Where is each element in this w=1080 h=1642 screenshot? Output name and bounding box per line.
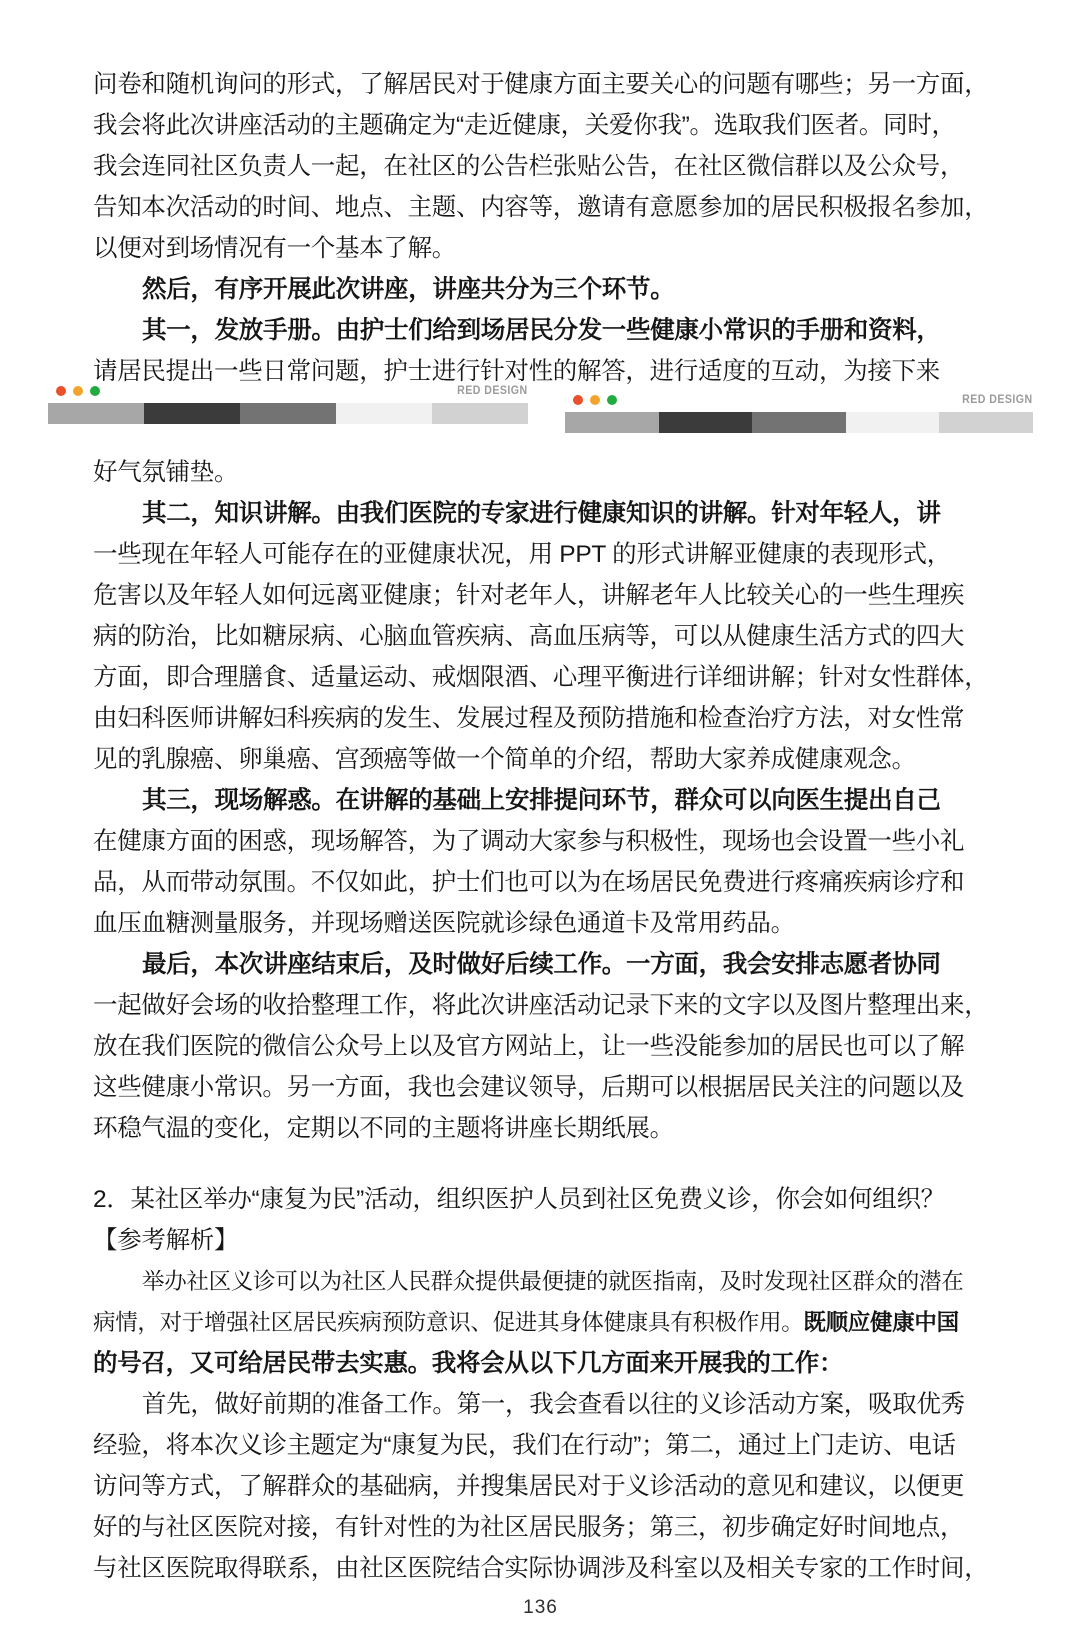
document-line: 其三，现场解惑。在讲解的基础上安排提问环节，群众可以向医生提出自己 xyxy=(93,780,988,821)
text-segment: 请居民提出一些日常问题，护士进行针对性的解答，进行适度的互动，为接下来 xyxy=(93,358,940,385)
color-bar xyxy=(565,412,1033,433)
document-line: 然后，有序开展此次讲座，讲座共分为三个环节。 xyxy=(93,269,988,310)
text-segment: 然后，有序开展此次讲座，讲座共分为三个环节。 xyxy=(142,276,674,303)
text-segment: 以便对到场情况有一个基本了解。 xyxy=(93,235,456,262)
text-segment: 其二，知识讲解。由我们医院的专家进行健康知识的讲解。针对年轻人，讲 xyxy=(142,500,941,527)
text-segment: 由妇科医师讲解妇科疾病的发生、发展过程及预防措施和检查治疗方法，对女性常 xyxy=(93,705,964,732)
color-bar-segment xyxy=(240,403,336,424)
document-line: 我会将此次讲座活动的主题确定为“走近健康，关爱你我”。选取我们医者。同时， xyxy=(93,105,988,146)
text-segment: 一起做好会场的收拾整理工作，将此次讲座活动记录下来的文字以及图片整理出来， xyxy=(93,992,988,1019)
text-segment: 品，从而带动氛围。不仅如此，护士们也可以为在场居民免费进行疼痛疾病诊疗和 xyxy=(93,869,964,896)
page-header-right: RED DESIGN xyxy=(565,393,1033,433)
document-line: 病的防治，比如糖尿病、心脑血管疾病、高血压病等，可以从健康生活方式的四大 xyxy=(93,616,988,657)
text-segment: 最后，本次讲座结束后，及时做好后续工作。一方面，我会安排志愿者协同 xyxy=(142,951,941,978)
document-line: 与社区医院取得联系，由社区医院结合实际协调涉及科室以及相关专家的工作时间， xyxy=(93,1548,988,1589)
text-segment: 的号召，又可给居民带去实惠。我将会从以下几方面来开展我的工作： xyxy=(93,1350,843,1377)
brand-label: RED DESIGN xyxy=(963,394,1033,406)
text-segment: 病的防治，比如糖尿病、心脑血管疾病、高血压病等，可以从健康生活方式的四大 xyxy=(93,623,964,650)
text-segment: 方面，即合理膳食、适量运动、戒烟限酒、心理平衡进行详细讲解；针对女性群体， xyxy=(93,664,988,691)
text-segment: 好的与社区医院对接，有针对性的为社区居民服务；第三，初步确定好时间地点， xyxy=(93,1514,964,1541)
document-line: 好气氛铺垫。 xyxy=(93,452,988,493)
text-segment: 危害以及年轻人如何远离亚健康；针对老年人，讲解老年人比较关心的一些生理疾 xyxy=(93,582,964,609)
traffic-light-dot-icon xyxy=(90,386,100,396)
text-segment: 访问等方式，了解群众的基础病，并搜集居民对于义诊活动的意见和建议，以便更 xyxy=(93,1473,964,1500)
header-top-row: RED DESIGN xyxy=(48,384,528,398)
color-bar-segment xyxy=(939,412,1033,433)
document-line: 2．某社区举办“康复为民”活动，组织医护人员到社区免费义诊，你会如何组织？ xyxy=(93,1179,988,1220)
document-line: 我会连同社区负责人一起，在社区的公告栏张贴公告，在社区微信群以及公众号， xyxy=(93,146,988,187)
text-segment: 血压血糖测量服务，并现场赠送医院就诊绿色通道卡及常用药品。 xyxy=(93,910,795,937)
text-segment: 环稳气温的变化，定期以不同的主题将讲座长期纸展。 xyxy=(93,1115,674,1142)
document-content: 问卷和随机询问的形式，了解居民对于健康方面主要关心的问题有哪些；另一方面，我会将… xyxy=(0,0,1080,1619)
document-line: 方面，即合理膳食、适量运动、戒烟限酒、心理平衡进行详细讲解；针对女性群体， xyxy=(93,657,988,698)
traffic-light-dot-icon xyxy=(590,395,600,405)
document-line: 品，从而带动氛围。不仅如此，护士们也可以为在场居民免费进行疼痛疾病诊疗和 xyxy=(93,862,988,903)
text-segment: 放在我们医院的微信公众号上以及官方网站上，让一些没能参加的居民也可以了解 xyxy=(93,1033,964,1060)
text-block-bottom: 好气氛铺垫。其二，知识讲解。由我们医院的专家进行健康知识的讲解。针对年轻人，讲一… xyxy=(93,452,988,1589)
text-segment: 其一，发放手册。由护士们给到场居民分发一些健康小常识的手册和资料， xyxy=(142,317,941,344)
color-bar-segment xyxy=(48,403,144,424)
traffic-light-dot-icon xyxy=(73,386,83,396)
text-segment: 问卷和随机询问的形式，了解居民对于健康方面主要关心的问题有哪些；另一方面， xyxy=(93,71,988,98)
document-line: 病情，对于增强社区居民疾病预防意识、促进其身体健康具有积极作用。既顺应健康中国 xyxy=(93,1302,988,1343)
text-segment: 其三，现场解惑。在讲解的基础上安排提问环节，群众可以向医生提出自己 xyxy=(142,787,941,814)
window-dots xyxy=(565,395,617,405)
color-bar-segment xyxy=(846,412,940,433)
document-line: 问卷和随机询问的形式，了解居民对于健康方面主要关心的问题有哪些；另一方面， xyxy=(93,64,988,105)
document-line: 由妇科医师讲解妇科疾病的发生、发展过程及预防措施和检查治疗方法，对女性常 xyxy=(93,698,988,739)
color-bar-segment xyxy=(144,403,240,424)
document-line: 见的乳腺癌、卵巢癌、宫颈癌等做一个简单的介绍，帮助大家养成健康观念。 xyxy=(93,739,988,780)
text-block-top: 问卷和随机询问的形式，了解居民对于健康方面主要关心的问题有哪些；另一方面，我会将… xyxy=(93,64,988,392)
document-line: 首先，做好前期的准备工作。第一，我会查看以往的义诊活动方案，吸取优秀 xyxy=(93,1384,988,1425)
traffic-light-dot-icon xyxy=(56,386,66,396)
text-segment: 首先，做好前期的准备工作。第一，我会查看以往的义诊活动方案，吸取优秀 xyxy=(142,1391,965,1418)
text-segment: 我会连同社区负责人一起，在社区的公告栏张贴公告，在社区微信群以及公众号， xyxy=(93,153,964,180)
document-line: 一些现在年轻人可能存在的亚健康状况，用 PPT 的形式讲解亚健康的表现形式， xyxy=(93,534,988,575)
header-top-row: RED DESIGN xyxy=(565,393,1033,407)
color-bar-segment xyxy=(432,403,528,424)
text-segment: 经验，将本次义诊主题定为“康复为民，我们在行动”；第二，通过上门走访、电话 xyxy=(93,1432,956,1459)
text-segment: 见的乳腺癌、卵巢癌、宫颈癌等做一个简单的介绍，帮助大家养成健康观念。 xyxy=(93,746,916,773)
document-line: 的号召，又可给居民带去实惠。我将会从以下几方面来开展我的工作： xyxy=(93,1343,988,1384)
text-segment: 这些健康小常识。另一方面，我也会建议领导，后期可以根据居民关注的问题以及 xyxy=(93,1074,964,1101)
document-line: 在健康方面的困惑，现场解答，为了调动大家参与积极性，现场也会设置一些小礼 xyxy=(93,821,988,862)
document-line: 访问等方式，了解群众的基础病，并搜集居民对于义诊活动的意见和建议，以便更 xyxy=(93,1466,988,1507)
text-segment: 与社区医院取得联系，由社区医院结合实际协调涉及科室以及相关专家的工作时间， xyxy=(93,1555,988,1582)
document-line: 其一，发放手册。由护士们给到场居民分发一些健康小常识的手册和资料， xyxy=(93,310,988,351)
brand-label: RED DESIGN xyxy=(458,385,528,397)
document-line: 放在我们医院的微信公众号上以及官方网站上，让一些没能参加的居民也可以了解 xyxy=(93,1026,988,1067)
text-segment: 一些现在年轻人可能存在的亚健康状况，用 PPT 的形式讲解亚健康的表现形式， xyxy=(93,541,951,568)
window-dots xyxy=(48,386,100,396)
document-line: 其二，知识讲解。由我们医院的专家进行健康知识的讲解。针对年轻人，讲 xyxy=(93,493,988,534)
text-segment: 在健康方面的困惑，现场解答，为了调动大家参与积极性，现场也会设置一些小礼 xyxy=(93,828,964,855)
text-segment: 【参考解析】 xyxy=(93,1227,238,1254)
color-bar-segment xyxy=(659,412,753,433)
document-page: 问卷和随机询问的形式，了解居民对于健康方面主要关心的问题有哪些；另一方面，我会将… xyxy=(0,0,1080,1642)
traffic-light-dot-icon xyxy=(573,395,583,405)
text-segment: 举办社区义诊可以为社区人民群众提供最便捷的就医指南，及时发现社区群众的潜在 xyxy=(142,1269,963,1294)
document-line: 以便对到场情况有一个基本了解。 xyxy=(93,228,988,269)
document-line: 好的与社区医院对接，有针对性的为社区居民服务；第三，初步确定好时间地点， xyxy=(93,1507,988,1548)
color-bar xyxy=(48,403,528,424)
text-segment: 2．某社区举办“康复为民”活动，组织医护人员到社区免费义诊，你会如何组织？ xyxy=(93,1186,945,1213)
document-line: 血压血糖测量服务，并现场赠送医院就诊绿色通道卡及常用药品。 xyxy=(93,903,988,944)
document-line: 最后，本次讲座结束后，及时做好后续工作。一方面，我会安排志愿者协同 xyxy=(93,944,988,985)
color-bar-segment xyxy=(336,403,432,424)
text-segment: 好气氛铺垫。 xyxy=(93,459,238,486)
text-segment: 告知本次活动的时间、地点、主题、内容等，邀请有意愿参加的居民积极报名参加， xyxy=(93,194,988,221)
document-line: 危害以及年轻人如何远离亚健康；针对老年人，讲解老年人比较关心的一些生理疾 xyxy=(93,575,988,616)
text-segment: 我会将此次讲座活动的主题确定为“走近健康，关爱你我”。选取我们医者。同时， xyxy=(93,112,956,139)
document-line: 环稳气温的变化，定期以不同的主题将讲座长期纸展。 xyxy=(93,1108,988,1149)
text-segment: 既顺应健康中国 xyxy=(803,1310,958,1335)
document-line: 经验，将本次义诊主题定为“康复为民，我们在行动”；第二，通过上门走访、电话 xyxy=(93,1425,988,1466)
traffic-light-dot-icon xyxy=(607,395,617,405)
document-line: 举办社区义诊可以为社区人民群众提供最便捷的就医指南，及时发现社区群众的潜在 xyxy=(93,1261,988,1302)
page-number: 136 xyxy=(93,1597,988,1619)
color-bar-segment xyxy=(752,412,846,433)
document-line: 【参考解析】 xyxy=(93,1220,988,1261)
document-line: 告知本次活动的时间、地点、主题、内容等，邀请有意愿参加的居民积极报名参加， xyxy=(93,187,988,228)
text-segment: 病情，对于增强社区居民疾病预防意识、促进其身体健康具有积极作用。 xyxy=(93,1310,803,1335)
color-bar-segment xyxy=(565,412,659,433)
document-line: 一起做好会场的收拾整理工作，将此次讲座活动记录下来的文字以及图片整理出来， xyxy=(93,985,988,1026)
page-header-left: RED DESIGN xyxy=(48,384,528,424)
document-line: 这些健康小常识。另一方面，我也会建议领导，后期可以根据居民关注的问题以及 xyxy=(93,1067,988,1108)
